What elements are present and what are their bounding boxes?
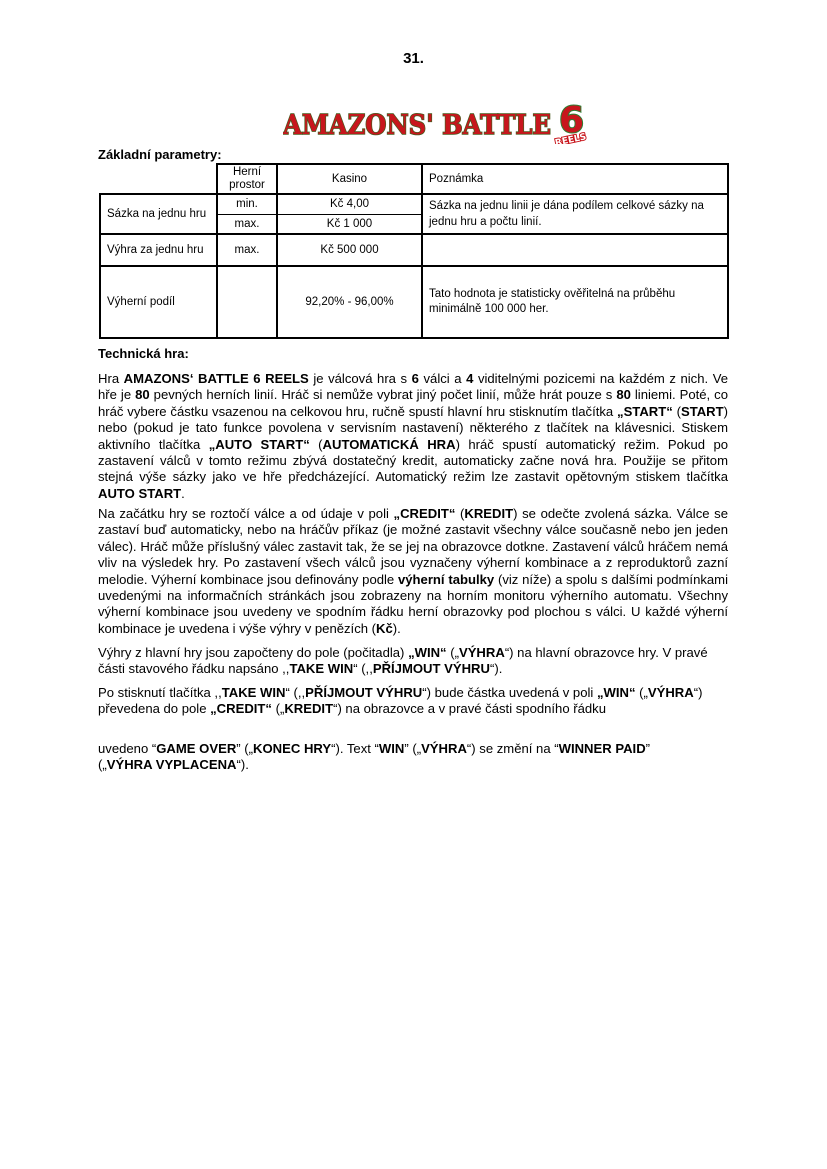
table-row: Výhra za jednu hru max. Kč 500 000 xyxy=(100,234,728,266)
emphasis: VÝHRA VYPLACENA xyxy=(107,757,237,772)
heading-basic-parameters: Základní parametry: xyxy=(98,147,222,162)
emphasis: START xyxy=(681,404,724,419)
paragraph-game-description: Hra AMAZONS‘ BATTLE 6 REELS je válcová h… xyxy=(98,371,728,502)
emphasis: KREDIT xyxy=(284,701,333,716)
emphasis: „WIN“ xyxy=(597,685,636,700)
cell-note: Tato hodnota je statisticky ověřitelná n… xyxy=(422,266,728,338)
cell-note: Sázka na jednu linii je dána podílem cel… xyxy=(422,194,728,234)
emphasis: WIN xyxy=(379,741,404,756)
page-number: 31. xyxy=(0,50,827,67)
emphasis: „CREDIT“ xyxy=(210,701,272,716)
cell-note xyxy=(422,234,728,266)
logo-title: AMAZONS' BATTLE xyxy=(283,110,551,141)
emphasis: „START“ xyxy=(617,404,673,419)
paragraph-text: Po stisknutí tlačítka ,,TAKE WIN“ (,,PŘÍ… xyxy=(98,685,728,718)
table-row: Výherní podíl 92,20% - 96,00% Tato hodno… xyxy=(100,266,728,338)
emphasis: AUTO START xyxy=(98,486,181,501)
emphasis: KREDIT xyxy=(464,506,513,521)
emphasis: 80 xyxy=(616,387,631,402)
paragraph-text: Hra AMAZONS‘ BATTLE 6 REELS je válcová h… xyxy=(98,371,728,502)
row-label-vyherni-podil: Výherní podíl xyxy=(100,266,217,338)
emphasis: VÝHRA xyxy=(648,685,694,700)
table-header-row: Herní prostor Kasino Poznámka xyxy=(100,164,728,194)
emphasis: 80 xyxy=(135,387,150,402)
table-row: Sázka na jednu hru min. Kč 4,00 Sázka na… xyxy=(100,194,728,214)
emphasis: výherní tabulky xyxy=(398,572,494,587)
paragraph-reels-spin: Na začátku hry se roztočí válce a od úda… xyxy=(98,506,728,637)
paragraph-wins: Výhry z hlavní hry jsou započteny do pol… xyxy=(98,645,728,678)
paragraph-text: Výhry z hlavní hry jsou započteny do pol… xyxy=(98,645,728,678)
paragraph-game-over: uvedeno “GAME OVER” („KONEC HRY“). Text … xyxy=(98,741,658,774)
emphasis: 6 xyxy=(412,371,419,386)
paragraph-text: Na začátku hry se roztočí válce a od úda… xyxy=(98,506,728,637)
heading-technical-game: Technická hra: xyxy=(98,346,189,361)
emphasis: TAKE WIN xyxy=(222,685,286,700)
cell-type: max. xyxy=(217,214,277,234)
header-herni-prostor: Herní prostor xyxy=(217,164,277,194)
paragraph-take-win: Po stisknutí tlačítka ,,TAKE WIN“ (,,PŘÍ… xyxy=(98,685,728,718)
row-label-sazka: Sázka na jednu hru xyxy=(100,194,217,234)
empty-corner-cell xyxy=(100,164,217,194)
emphasis: Kč xyxy=(376,621,393,636)
emphasis: „CREDIT“ xyxy=(394,506,456,521)
header-poznamka: Poznámka xyxy=(422,164,728,194)
emphasis: PŘÍJMOUT VÝHRU xyxy=(373,661,490,676)
cell-value: Kč 1 000 xyxy=(277,214,422,234)
emphasis: TAKE WIN xyxy=(289,661,353,676)
emphasis: VÝHRA xyxy=(459,645,505,660)
cell-value: Kč 500 000 xyxy=(277,234,422,266)
header-kasino: Kasino xyxy=(277,164,422,194)
cell-type: min. xyxy=(217,194,277,214)
row-label-vyhra: Výhra za jednu hru xyxy=(100,234,217,266)
emphasis: GAME OVER xyxy=(156,741,236,756)
emphasis: WINNER PAID xyxy=(559,741,646,756)
parameters-table: Herní prostor Kasino Poznámka Sázka na j… xyxy=(99,163,729,339)
emphasis: „WIN“ xyxy=(408,645,447,660)
cell-value: 92,20% - 96,00% xyxy=(277,266,422,338)
emphasis: AMAZONS‘ BATTLE 6 REELS xyxy=(124,371,309,386)
emphasis: 4 xyxy=(466,371,473,386)
emphasis: VÝHRA xyxy=(421,741,467,756)
emphasis: KONEC HRY xyxy=(253,741,331,756)
game-logo: AMAZONS' BATTLE 6 REELS xyxy=(283,102,603,144)
emphasis: AUTOMATICKÁ HRA xyxy=(323,437,456,452)
cell-type xyxy=(217,266,277,338)
cell-type: max. xyxy=(217,234,277,266)
emphasis: PŘÍJMOUT VÝHRU xyxy=(305,685,422,700)
emphasis: „AUTO START“ xyxy=(209,437,310,452)
paragraph-text: uvedeno “GAME OVER” („KONEC HRY“). Text … xyxy=(98,741,658,774)
cell-value: Kč 4,00 xyxy=(277,194,422,214)
